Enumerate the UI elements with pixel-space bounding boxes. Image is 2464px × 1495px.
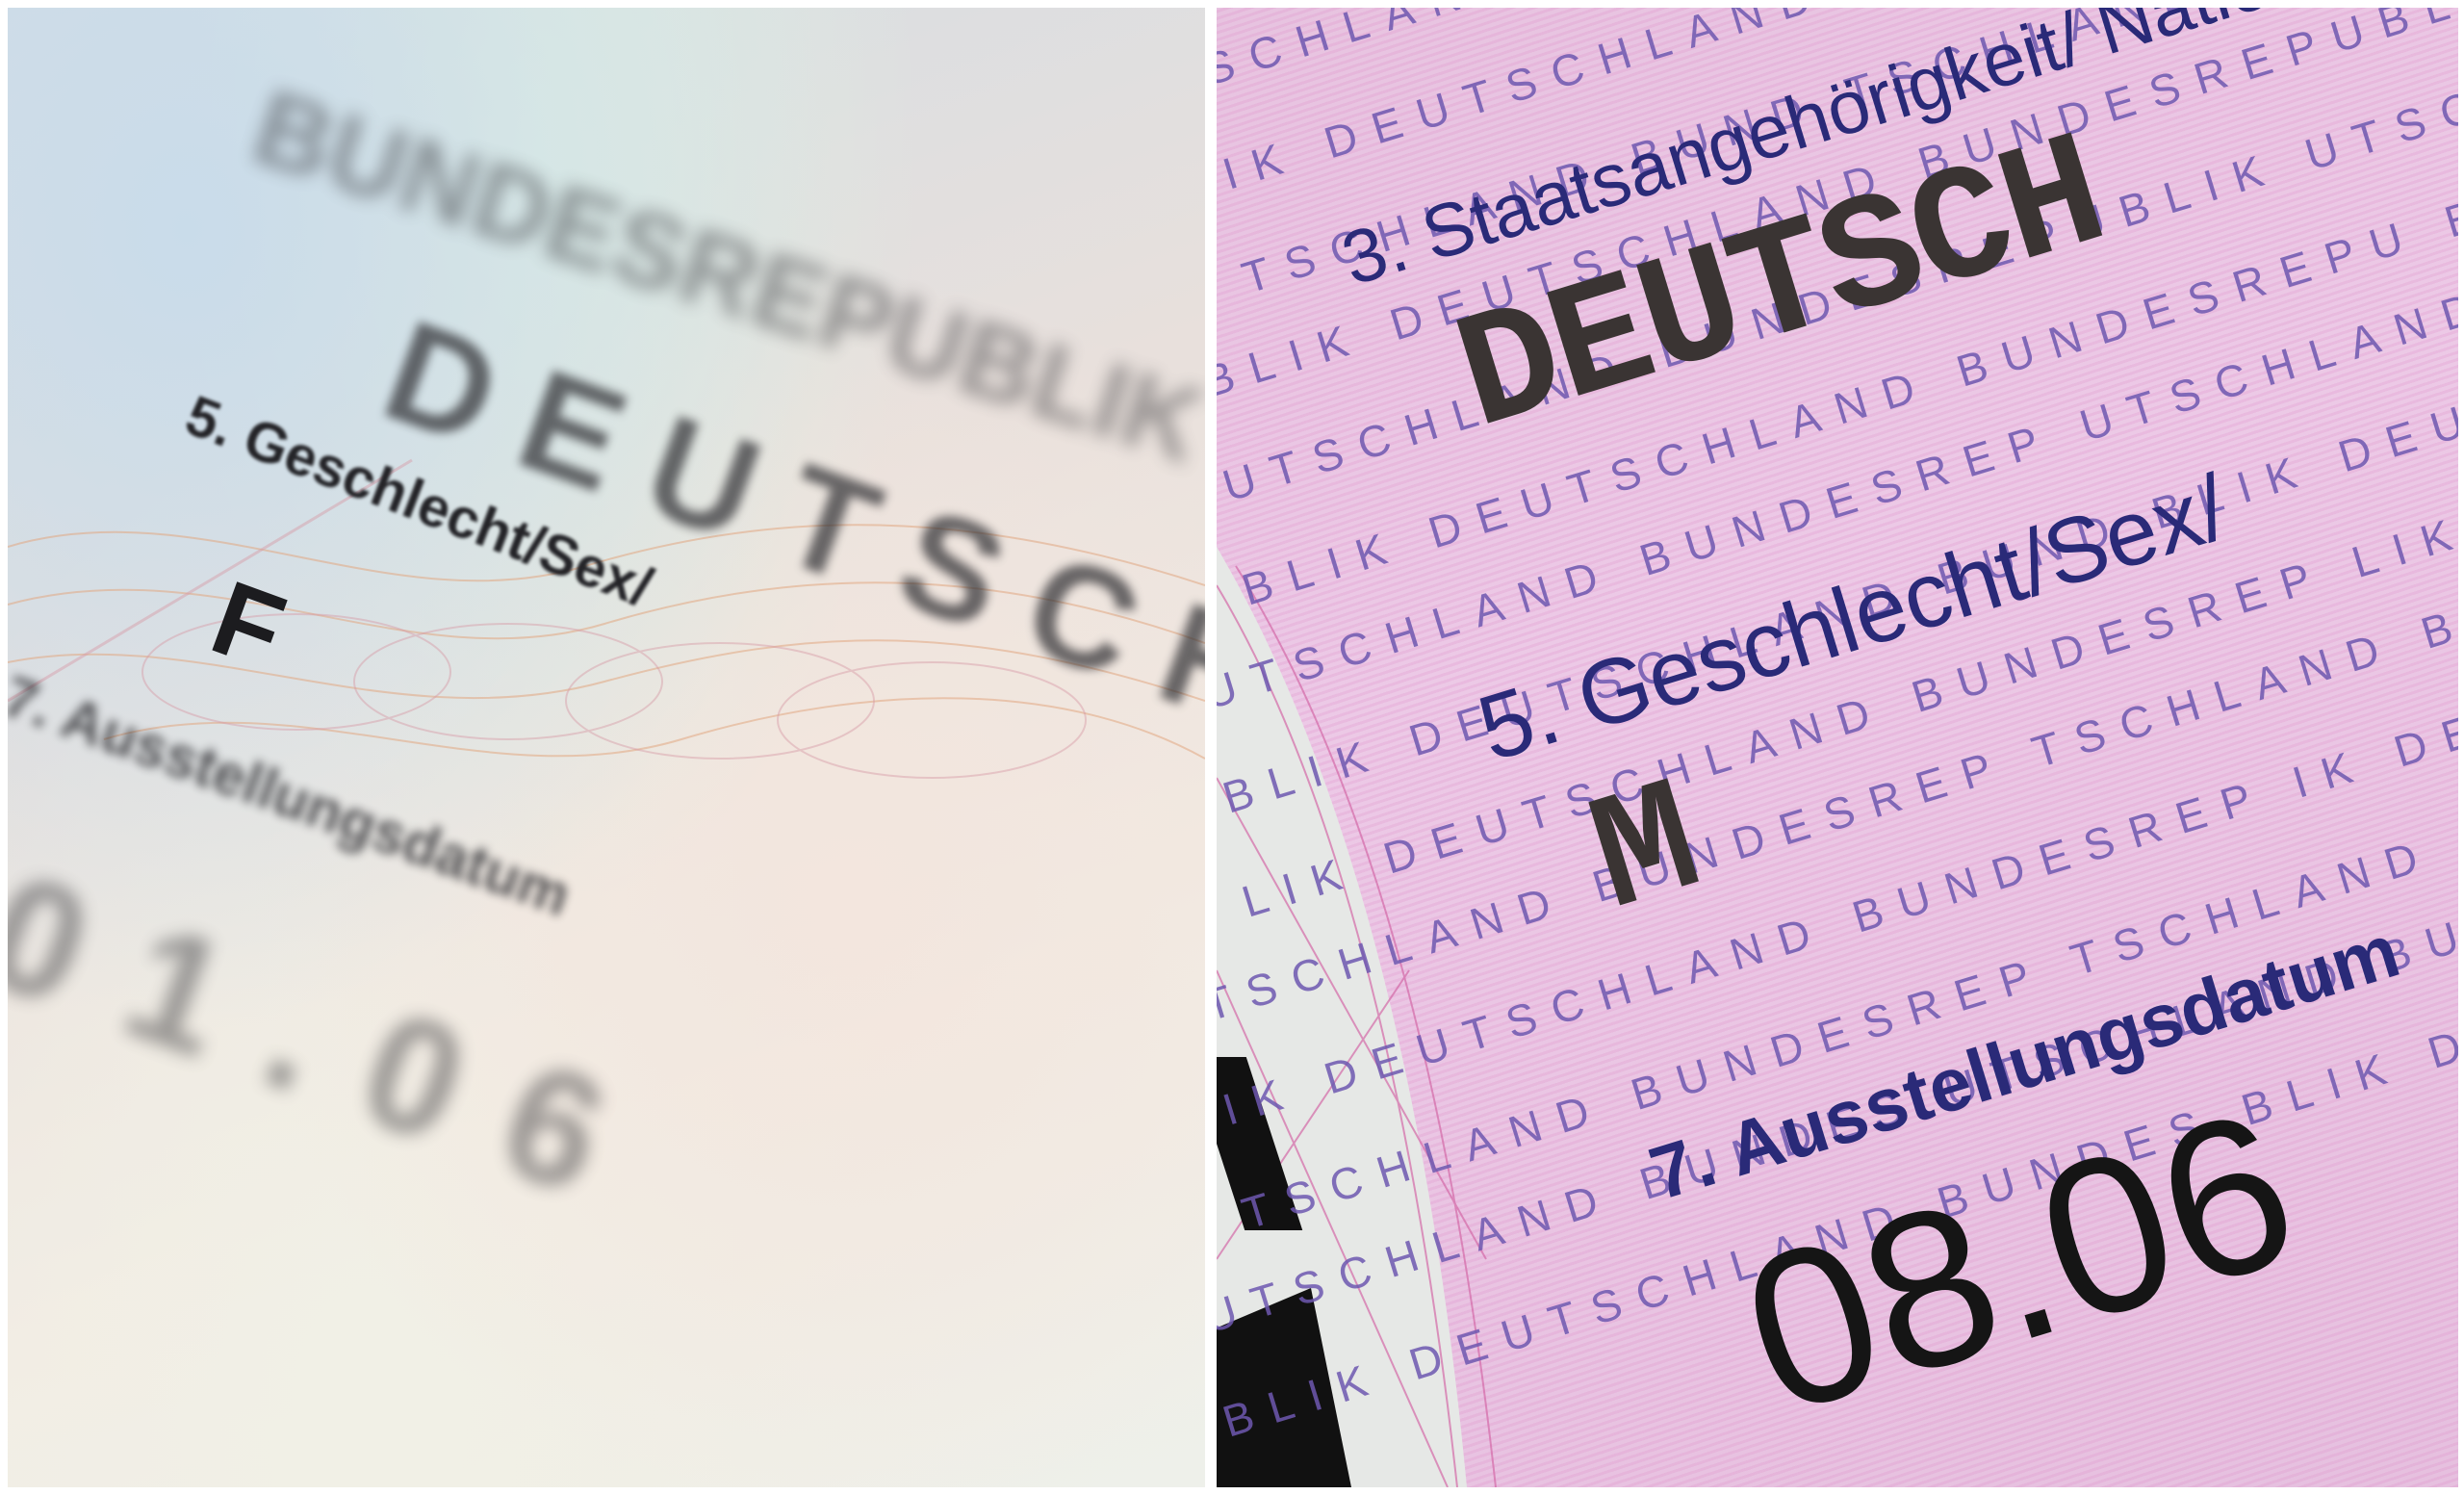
left-photo-id-card: BUNDESREPUBLIK DEUTSCH 5. Geschlecht/Sex…	[8, 8, 1205, 1487]
right-photo-id-card: SCHLAND BUN SCHLAND BUNIK DEUTSCHLAND BU…	[1217, 8, 2458, 1487]
